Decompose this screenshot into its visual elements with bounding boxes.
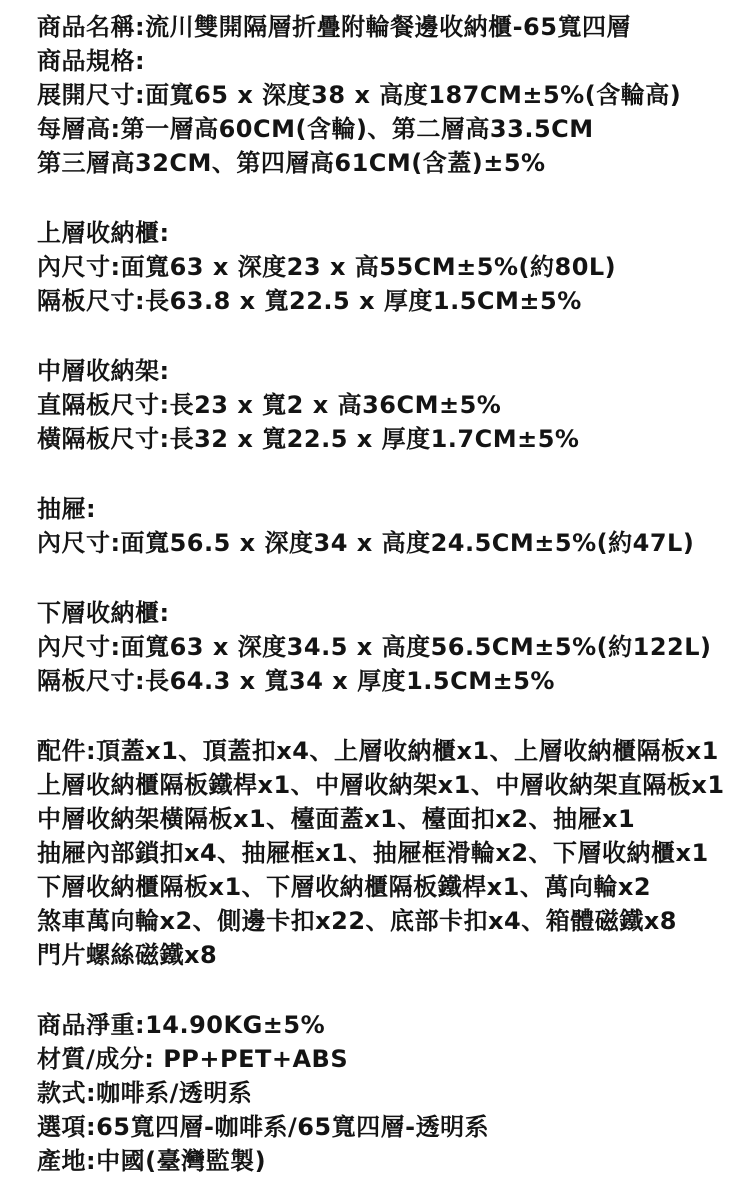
accessories-line-7: 門片螺絲磁鐵x8	[37, 938, 736, 972]
accessories-line-6: 煞車萬向輪x2、側邊卡扣x22、底部卡扣x4、箱體磁鐵x8	[37, 904, 736, 938]
lower-cabinet-heading: 下層收納櫃:	[37, 596, 736, 630]
material-line: 材質/成分: PP+PET+ABS	[37, 1042, 736, 1076]
accessories-line-3: 中層收納架橫隔板x1、檯面蓋x1、檯面扣x2、抽屜x1	[37, 802, 736, 836]
style-line: 款式:咖啡系/透明系	[37, 1076, 736, 1110]
upper-cabinet-inner-size: 內尺寸:面寬63 x 深度23 x 高55CM±5%(約80L)	[37, 250, 736, 284]
middle-shelf-heading: 中層收納架:	[37, 354, 736, 388]
product-name-line: 商品名稱:流川雙開隔層折疊附輪餐邊收納櫃-65寬四層	[37, 10, 736, 44]
lower-cabinet-shelf-size: 隔板尺寸:長64.3 x 寬34 x 厚度1.5CM±5%	[37, 664, 736, 698]
net-weight-line: 商品淨重:14.90KG±5%	[37, 1008, 736, 1042]
middle-shelf-vertical-divider-size: 直隔板尺寸:長23 x 寬2 x 高36CM±5%	[37, 388, 736, 422]
section-accessories: 配件:頂蓋x1、頂蓋扣x4、上層收納櫃x1、上層收納櫃隔板x1 上層收納櫃隔板鐵…	[37, 734, 736, 972]
upper-cabinet-heading: 上層收納櫃:	[37, 216, 736, 250]
expanded-size-line: 展開尺寸:面寬65 x 深度38 x 高度187CM±5%(含輪高)	[37, 78, 736, 112]
upper-cabinet-shelf-size: 隔板尺寸:長63.8 x 寬22.5 x 厚度1.5CM±5%	[37, 284, 736, 318]
section-middle-shelf: 中層收納架: 直隔板尺寸:長23 x 寬2 x 高36CM±5% 橫隔板尺寸:長…	[37, 354, 736, 456]
drawer-inner-size: 內尺寸:面寬56.5 x 深度34 x 高度24.5CM±5%(約47L)	[37, 526, 736, 560]
options-line: 選項:65寬四層-咖啡系/65寬四層-透明系	[37, 1110, 736, 1144]
middle-shelf-horizontal-divider-size: 橫隔板尺寸:長32 x 寬22.5 x 厚度1.7CM±5%	[37, 422, 736, 456]
accessories-line-1: 配件:頂蓋x1、頂蓋扣x4、上層收納櫃x1、上層收納櫃隔板x1	[37, 734, 736, 768]
product-spec-document: 商品名稱:流川雙開隔層折疊附輪餐邊收納櫃-65寬四層 商品規格: 展開尺寸:面寬…	[0, 0, 750, 1183]
section-lower-cabinet: 下層收納櫃: 內尺寸:面寬63 x 深度34.5 x 高度56.5CM±5%(約…	[37, 596, 736, 698]
drawer-heading: 抽屜:	[37, 492, 736, 526]
origin-line: 產地:中國(臺灣監製)	[37, 1144, 736, 1178]
accessories-line-4: 抽屜內部鎖扣x4、抽屜框x1、抽屜框滑輪x2、下層收納櫃x1	[37, 836, 736, 870]
layer-height-line-1: 每層高:第一層高60CM(含輪)、第二層高33.5CM	[37, 112, 736, 146]
section-product-header: 商品名稱:流川雙開隔層折疊附輪餐邊收納櫃-65寬四層 商品規格: 展開尺寸:面寬…	[37, 10, 736, 180]
accessories-line-5: 下層收納櫃隔板x1、下層收納櫃隔板鐵桿x1、萬向輪x2	[37, 870, 736, 904]
lower-cabinet-inner-size: 內尺寸:面寬63 x 深度34.5 x 高度56.5CM±5%(約122L)	[37, 630, 736, 664]
spec-heading-line: 商品規格:	[37, 44, 736, 78]
section-drawer: 抽屜: 內尺寸:面寬56.5 x 深度34 x 高度24.5CM±5%(約47L…	[37, 492, 736, 560]
accessories-line-2: 上層收納櫃隔板鐵桿x1、中層收納架x1、中層收納架直隔板x1	[37, 768, 736, 802]
section-upper-cabinet: 上層收納櫃: 內尺寸:面寬63 x 深度23 x 高55CM±5%(約80L) …	[37, 216, 736, 318]
layer-height-line-2: 第三層高32CM、第四層高61CM(含蓋)±5%	[37, 146, 736, 180]
section-product-info: 商品淨重:14.90KG±5% 材質/成分: PP+PET+ABS 款式:咖啡系…	[37, 1008, 736, 1178]
